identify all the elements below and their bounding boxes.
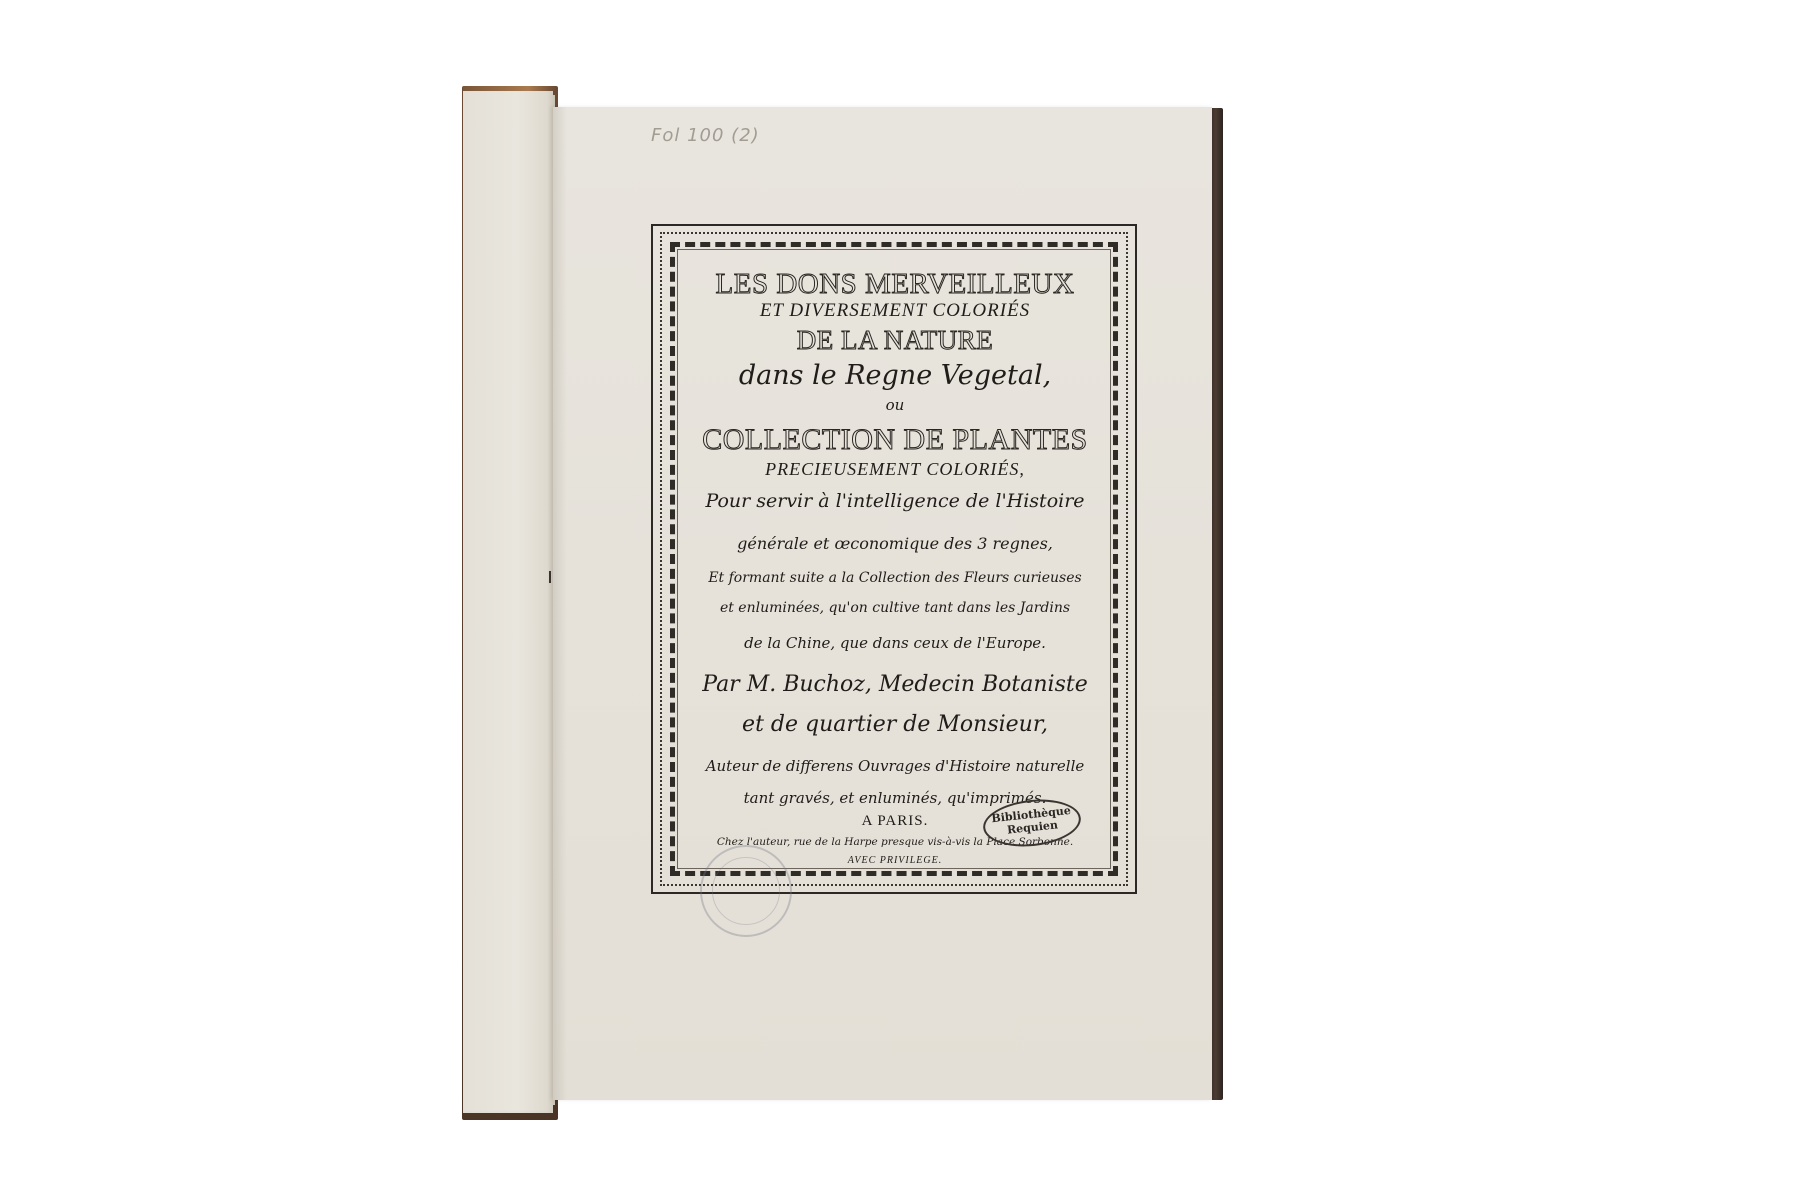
title-line-14: et de quartier de Monsieur, <box>680 712 1110 737</box>
title-line-6: COLLECTION DE PLANTES <box>680 423 1110 457</box>
top-leather-edge <box>463 86 556 91</box>
title-line-4: dans le Regne Vegetal, <box>680 360 1110 391</box>
title-line-9: générale et œconomique des 3 regnes, <box>680 534 1110 553</box>
title-line-7: PRECIEUSEMENT COLORIÉS, <box>680 459 1110 480</box>
title-line-5: ou <box>680 396 1110 414</box>
title-line-15: Auteur de differens Ouvrages d'Histoire … <box>680 757 1110 775</box>
title-line-8: Pour servir à l'intelligence de l'Histoi… <box>680 490 1110 512</box>
flyleaf-mark <box>549 571 551 583</box>
open-book-photo: Fol 100 (2) LES DONS MERVEILLEUX ET DIVE… <box>0 0 1800 1200</box>
title-line-13: Par M. Buchoz, Medecin Botaniste <box>680 672 1110 697</box>
title-line-12: de la Chine, que dans ceux de l'Europe. <box>680 634 1110 652</box>
title-line-2: ET DIVERSEMENT COLORIÉS <box>680 300 1110 322</box>
title-line-1: LES DONS MERVEILLEUX <box>680 268 1110 301</box>
circular-library-stamp-inner <box>712 857 780 925</box>
title-line-10: Et formant suite a la Collection des Fle… <box>680 570 1110 586</box>
title-line-3: DE LA NATURE <box>680 325 1110 356</box>
title-line-11: et enluminées, qu'on cultive tant dans l… <box>680 600 1110 616</box>
flyleaf <box>463 89 553 1113</box>
handwritten-shelfmark: Fol 100 (2) <box>651 125 760 146</box>
gutter-shadow <box>553 107 567 1100</box>
